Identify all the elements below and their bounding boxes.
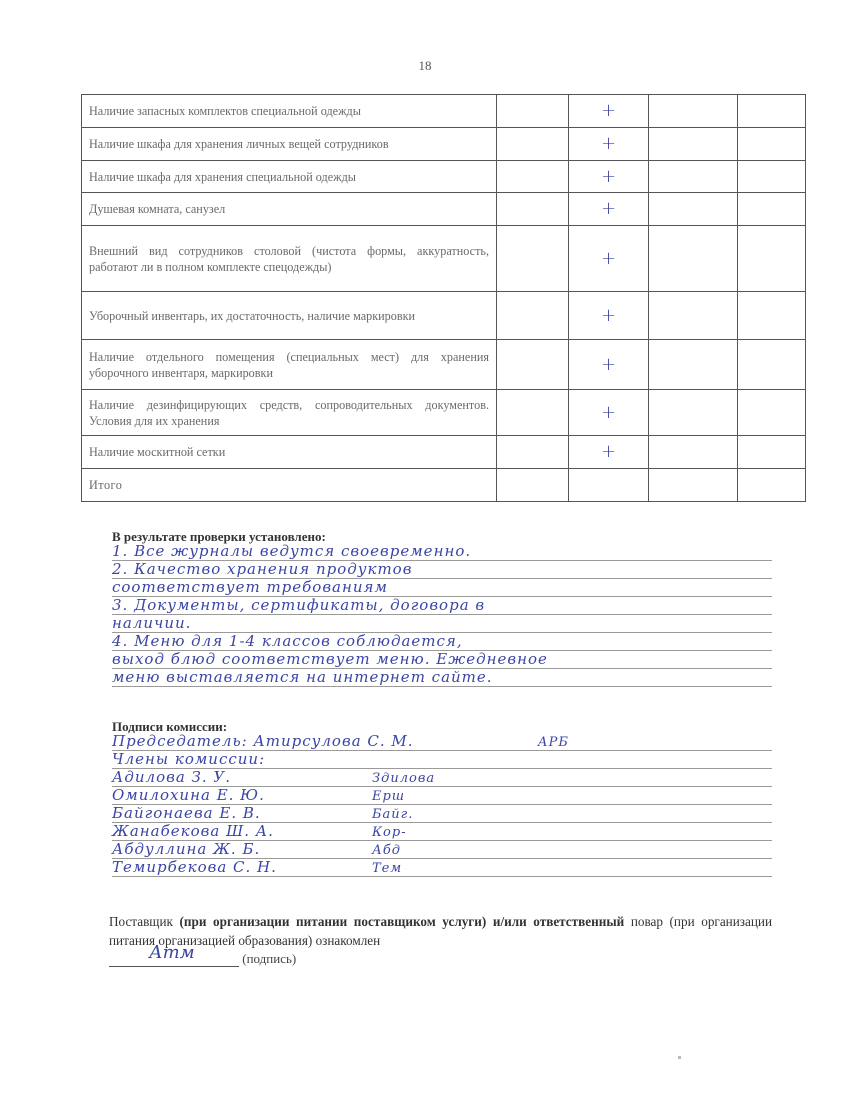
mark-cell: +: [569, 161, 649, 193]
mark-cell: +: [569, 390, 649, 436]
mark-cell: [738, 340, 806, 390]
mark-cell: [649, 292, 738, 340]
inspection-checklist-table: Наличие запасных комплектов специальной …: [81, 94, 806, 502]
supplier-signature-scribble: Атм: [149, 942, 195, 963]
mark-cell: [649, 390, 738, 436]
member-signature: Здилова: [372, 770, 435, 787]
checklist-row: Душевая комната, санузел+: [82, 193, 806, 226]
member-name: Адилова З. У.: [112, 769, 372, 786]
checklist-row: Наличие шкафа для хранения личных вещей …: [82, 128, 806, 161]
criterion-cell: Наличие шкафа для хранения личных вещей …: [82, 128, 497, 161]
mark-cell: [497, 436, 569, 469]
member-name: Абдуллина Ж. Б.: [112, 841, 372, 858]
member-signature: Абд: [372, 842, 401, 859]
mark-cell: +: [569, 95, 649, 128]
supplier-condition: (при организации питании поставщиком усл…: [180, 914, 625, 929]
mark-cell: [497, 161, 569, 193]
checklist-row: Наличие отдельного помещения (специальны…: [82, 340, 806, 390]
chair-line: Председатель: Атирсулова С. М. АРБ: [112, 733, 772, 751]
mark-cell: [649, 128, 738, 161]
mark-cell: +: [569, 292, 649, 340]
commission-member-line: Байгонаева Е. В.Байг.: [112, 805, 772, 823]
supplier-acknowledgement: Поставщик (при организации питании поста…: [109, 912, 772, 950]
criterion-cell: Наличие москитной сетки: [82, 436, 497, 469]
mark-cell: [738, 390, 806, 436]
mark-cell: [649, 193, 738, 226]
commission-member-line: Адилова З. У.Здилова: [112, 769, 772, 787]
checklist-row: Наличие шкафа для хранения специальной о…: [82, 161, 806, 193]
mark-cell: [738, 193, 806, 226]
signature-caption: (подпись): [242, 951, 296, 966]
commission-member-line: Омилохина Е. Ю.Ерш: [112, 787, 772, 805]
criterion-cell: Душевая комната, санузел: [82, 193, 497, 226]
member-name: Омилохина Е. Ю.: [112, 787, 372, 804]
finding-line: 4. Меню для 1-4 классов соблюдается,: [112, 633, 772, 651]
findings-handwritten-lines: 1. Все журналы ведутся своевременно.2. К…: [112, 543, 772, 687]
mark-cell: [738, 226, 806, 292]
finding-line: наличии.: [112, 615, 772, 633]
supplier-signature-row: Атм (подпись): [109, 951, 296, 967]
total-mark-cell: [738, 469, 806, 502]
total-label: Итого: [82, 469, 497, 502]
member-signature: Кор-: [372, 824, 407, 841]
total-mark-cell: [569, 469, 649, 502]
supplier-lead: Поставщик: [109, 914, 173, 929]
commission-member-line: Жанабекова Ш. А.Кор-: [112, 823, 772, 841]
mark-cell: [497, 95, 569, 128]
criterion-cell: Наличие отдельного помещения (специальны…: [82, 340, 497, 390]
mark-cell: [497, 193, 569, 226]
mark-cell: +: [569, 436, 649, 469]
scan-speck: [678, 1056, 681, 1059]
mark-cell: +: [569, 340, 649, 390]
total-row: Итого: [82, 469, 806, 502]
checklist-row: Уборочный инвентарь, их достаточность, н…: [82, 292, 806, 340]
mark-cell: +: [569, 128, 649, 161]
criterion-cell: Наличие шкафа для хранения специальной о…: [82, 161, 497, 193]
mark-cell: [649, 226, 738, 292]
criterion-cell: Уборочный инвентарь, их достаточность, н…: [82, 292, 497, 340]
finding-line: меню выставляется на интернет сайте.: [112, 669, 772, 687]
mark-cell: [497, 340, 569, 390]
mark-cell: [649, 161, 738, 193]
mark-cell: [649, 436, 738, 469]
mark-cell: [649, 340, 738, 390]
mark-cell: +: [569, 193, 649, 226]
mark-cell: [738, 95, 806, 128]
mark-cell: [497, 128, 569, 161]
mark-cell: [738, 128, 806, 161]
finding-line: 2. Качество хранения продуктов: [112, 561, 772, 579]
member-name: Темирбекова С. Н.: [112, 859, 372, 876]
commission-member-line: Абдуллина Ж. Б.Абд: [112, 841, 772, 859]
finding-line: соответствует требованиям: [112, 579, 772, 597]
checklist-row: Наличие запасных комплектов специальной …: [82, 95, 806, 128]
chair-signature: АРБ: [538, 734, 569, 751]
members-label: Члены комиссии:: [112, 751, 772, 769]
criterion-cell: Наличие дезинфицирующих средств, сопрово…: [82, 390, 497, 436]
criterion-cell: Наличие запасных комплектов специальной …: [82, 95, 497, 128]
commission-member-line: Темирбекова С. Н.Тем: [112, 859, 772, 877]
member-signature: Тем: [372, 860, 402, 877]
finding-line: 1. Все журналы ведутся своевременно.: [112, 543, 772, 561]
member-signature: Ерш: [372, 788, 405, 805]
mark-cell: [649, 95, 738, 128]
mark-cell: [497, 292, 569, 340]
member-signature: Байг.: [372, 806, 413, 823]
total-mark-cell: [649, 469, 738, 502]
mark-cell: [497, 390, 569, 436]
checklist-row: Внешний вид сотрудников столовой (чистот…: [82, 226, 806, 292]
mark-cell: [738, 161, 806, 193]
commission-signature-lines: Председатель: Атирсулова С. М. АРБ Члены…: [112, 733, 772, 877]
chair-name: Председатель: Атирсулова С. М.: [112, 733, 532, 750]
finding-line: выход блюд соответствует меню. Ежедневно…: [112, 651, 772, 669]
checklist-row: Наличие москитной сетки+: [82, 436, 806, 469]
finding-line: 3. Документы, сертификаты, договора в: [112, 597, 772, 615]
mark-cell: [497, 226, 569, 292]
criterion-cell: Внешний вид сотрудников столовой (чистот…: [82, 226, 497, 292]
signature-blank: Атм: [109, 952, 239, 967]
member-name: Байгонаева Е. В.: [112, 805, 372, 822]
page-number: 18: [0, 58, 850, 74]
checklist-row: Наличие дезинфицирующих средств, сопрово…: [82, 390, 806, 436]
mark-cell: +: [569, 226, 649, 292]
member-name: Жанабекова Ш. А.: [112, 823, 372, 840]
mark-cell: [738, 292, 806, 340]
mark-cell: [738, 436, 806, 469]
total-mark-cell: [497, 469, 569, 502]
